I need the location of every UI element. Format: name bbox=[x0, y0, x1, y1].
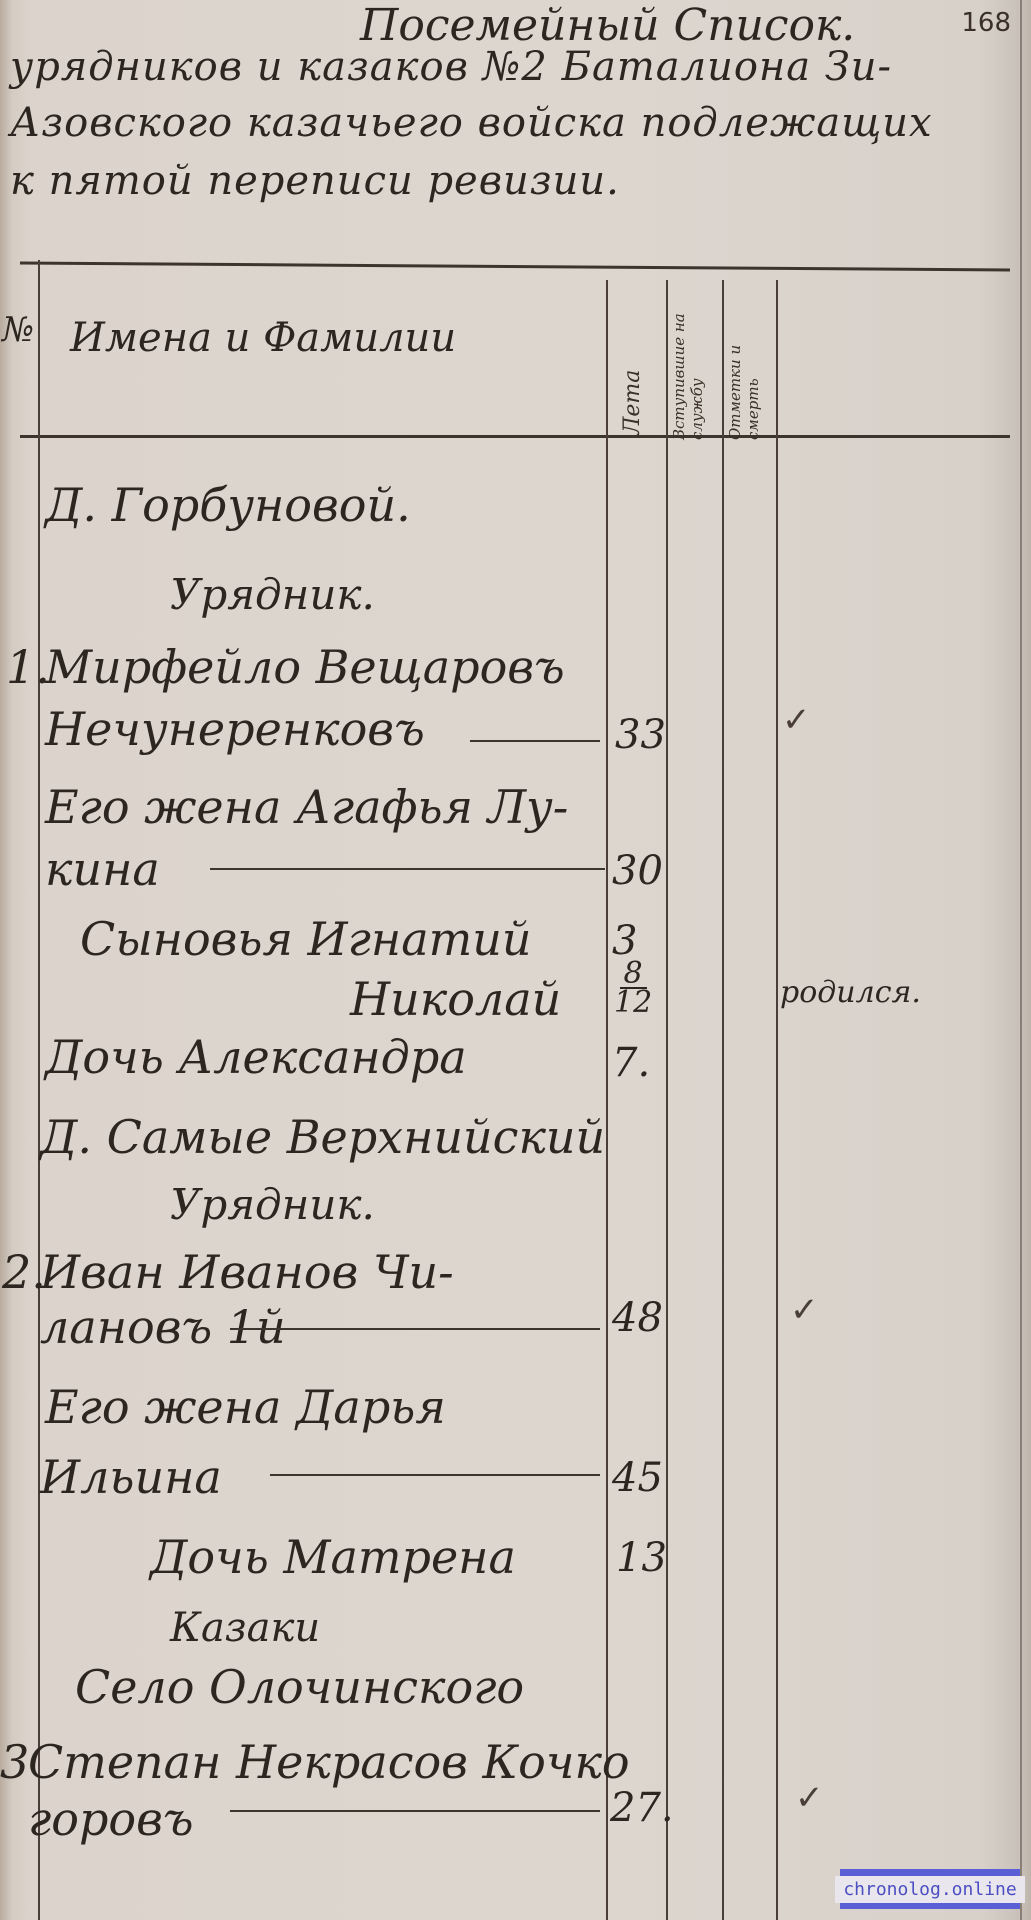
entry-name-line: лановъ 1й bbox=[40, 1300, 286, 1354]
col-line-service bbox=[666, 280, 668, 1920]
heading-line-1: урядников и казаков №2 Баталиона Зи- bbox=[10, 44, 892, 90]
checkmark-icon: ✓ bbox=[790, 1290, 819, 1330]
section-rank: Урядник. bbox=[170, 1180, 375, 1229]
entry-number: 3 bbox=[0, 1735, 29, 1789]
entry-name-line: горовъ bbox=[28, 1792, 194, 1846]
entry-name-line: Нечунеренковъ bbox=[45, 702, 425, 756]
entry-name-line: Его жена Дарья bbox=[45, 1380, 446, 1434]
header-names: Имена и Фамилии bbox=[70, 315, 456, 361]
section-rank: Урядник. bbox=[170, 570, 375, 619]
entry-age: 48 bbox=[612, 1295, 663, 1341]
entry-name-line: Дочь Александра bbox=[45, 1030, 467, 1084]
checkmark-icon: ✓ bbox=[782, 700, 811, 740]
entry-name-line: Его жена Агафья Лу- bbox=[45, 780, 568, 834]
leader-line bbox=[230, 1328, 600, 1330]
header-mark: Отметки и смерть bbox=[726, 280, 762, 440]
page-number: 168 bbox=[961, 8, 1011, 38]
watermark-badge: chronolog.online bbox=[840, 1869, 1020, 1909]
header-number: № bbox=[2, 310, 34, 350]
heading-line-2: Азовского казачьего войска подлежащих bbox=[10, 100, 933, 146]
entry-age: 27. bbox=[610, 1785, 674, 1831]
col-line-age bbox=[606, 280, 608, 1920]
entry-name-line: Ильина bbox=[40, 1450, 222, 1504]
entry-age: 45 bbox=[612, 1455, 663, 1501]
fraction-denominator: 12 bbox=[614, 989, 652, 1016]
right-edge-line bbox=[1020, 0, 1022, 1920]
entry-age: 13 bbox=[616, 1535, 667, 1581]
leader-line bbox=[210, 868, 605, 870]
heading-line-3: к пятой переписи ревизии. bbox=[10, 158, 620, 204]
section-rank: Казаки bbox=[170, 1605, 320, 1651]
leader-line bbox=[270, 1474, 600, 1476]
entry-name-line: кина bbox=[45, 842, 160, 896]
entry-name-line: Иван Иванов Чи- bbox=[40, 1245, 454, 1299]
header-service: Вступившие на службу bbox=[670, 280, 706, 440]
entry-name-line: Мирфейло Вещаровъ bbox=[45, 640, 565, 694]
margin-line bbox=[38, 260, 40, 1920]
entry-number: 1. bbox=[6, 640, 50, 694]
table-header-bottom-rule bbox=[20, 435, 1010, 438]
watermark-text: chronolog.online bbox=[835, 1876, 1024, 1903]
section-village: Д. Самые Верхнийский bbox=[40, 1110, 605, 1164]
entry-age: 33 bbox=[615, 712, 666, 758]
entry-age: 30 bbox=[612, 848, 663, 894]
entry-name-line: Николай bbox=[350, 972, 561, 1026]
leader-line bbox=[470, 740, 600, 742]
col-line-notes bbox=[776, 280, 778, 1920]
entry-name-line: Степан Некрасов Кочко bbox=[28, 1735, 630, 1789]
table-top-rule bbox=[20, 262, 1010, 272]
entry-name-line: Дочь Матрена bbox=[150, 1530, 516, 1584]
col-line-mark bbox=[722, 280, 724, 1920]
checkmark-icon: ✓ bbox=[795, 1778, 824, 1818]
leader-line bbox=[230, 1810, 600, 1812]
entry-age-fraction: 812 bbox=[614, 960, 652, 1016]
section-village: Село Олочинского bbox=[75, 1660, 524, 1714]
header-age: Лета bbox=[620, 285, 645, 435]
section-village: Д. Горбуновой. bbox=[45, 478, 411, 532]
entry-name-line: Сыновья Игнатий bbox=[80, 912, 532, 966]
entry-note: родился. bbox=[780, 975, 921, 1010]
entry-age: 7. bbox=[612, 1040, 650, 1086]
